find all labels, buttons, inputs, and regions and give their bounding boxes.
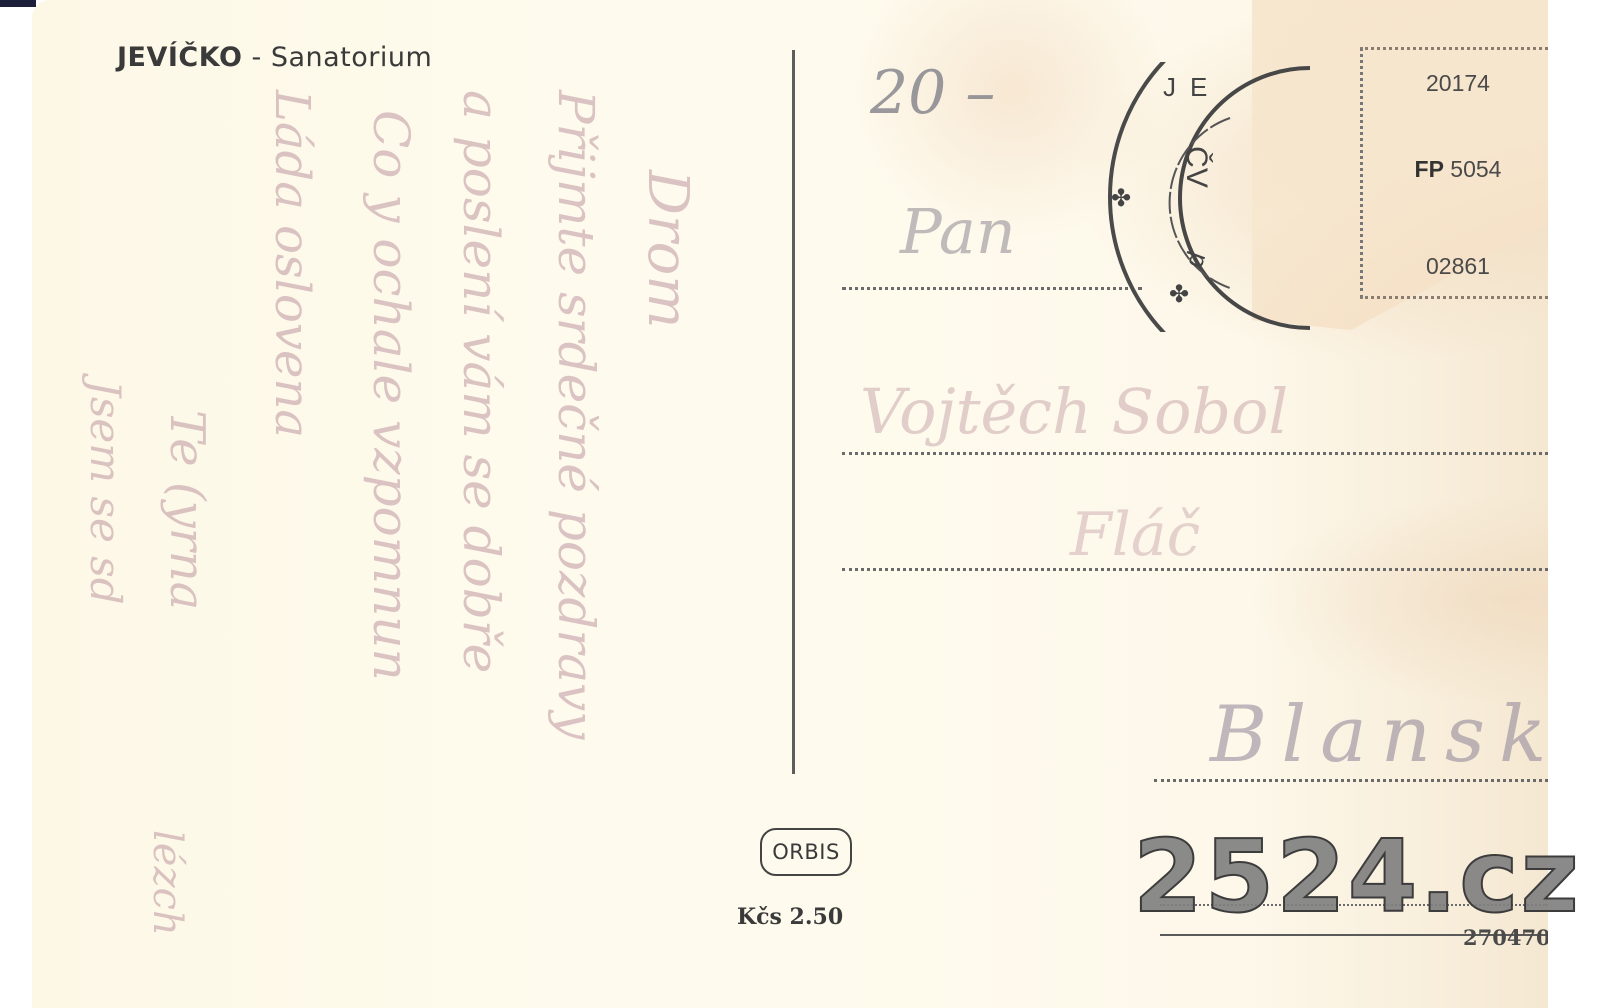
title-place: JEVÍČKO xyxy=(117,42,242,73)
address-line-4 xyxy=(1154,779,1548,782)
stamp-box: 20174 FP 5054 02861 xyxy=(1360,47,1553,299)
scanner-background-corner xyxy=(0,0,36,7)
title-separator: - xyxy=(242,42,270,73)
handwriting-salutation: Drom xyxy=(635,170,700,328)
handwriting-line: Co y ochale vzpomnun xyxy=(362,110,420,681)
postmark-town-text: JE xyxy=(1163,72,1221,103)
handwritten-number: 20 – xyxy=(870,58,995,128)
address-line-3 xyxy=(842,568,1548,571)
postcard-title: JEVÍČKO - Sanatorium xyxy=(117,42,432,73)
price-label: Kčs 2.50 xyxy=(737,904,843,930)
stamp-code-3: 02861 xyxy=(1363,253,1553,280)
handwriting-line: Přijmte srdečné pozdravy xyxy=(547,90,605,740)
handwriting-line: a poslení vám se dobře xyxy=(452,90,510,673)
stamp-code-2: FP 5054 xyxy=(1363,156,1553,183)
handwriting-line: Láda oslovena xyxy=(264,90,320,438)
postmark-ornament-icon: ✤ xyxy=(1111,184,1131,213)
address-street: Fláč xyxy=(1070,500,1200,570)
title-subject: Sanatorium xyxy=(271,42,432,73)
address-recipient-name: Vojtěch Sobol xyxy=(860,375,1288,448)
handwriting-line: Te (yrna xyxy=(159,410,215,610)
postmark-ornament-icon: ✤ xyxy=(1169,280,1189,309)
watermark: 2524.cz xyxy=(1133,827,1581,927)
handwriting-line: lézch xyxy=(144,830,190,936)
stamp-fp-number: 5054 xyxy=(1450,156,1501,182)
address-line-1 xyxy=(842,287,1142,290)
address-recipient-title: Pan xyxy=(900,195,1016,268)
center-divider-line xyxy=(792,50,795,774)
postmark-date-text: ČV xyxy=(1179,146,1213,188)
publisher-logo: ORBIS xyxy=(760,828,852,876)
stamp-code-1: 20174 xyxy=(1363,70,1553,97)
stamp-fp-label: FP xyxy=(1415,156,1444,182)
address-line-2 xyxy=(842,452,1548,455)
handwriting-line: Jsem se sd xyxy=(81,380,130,605)
